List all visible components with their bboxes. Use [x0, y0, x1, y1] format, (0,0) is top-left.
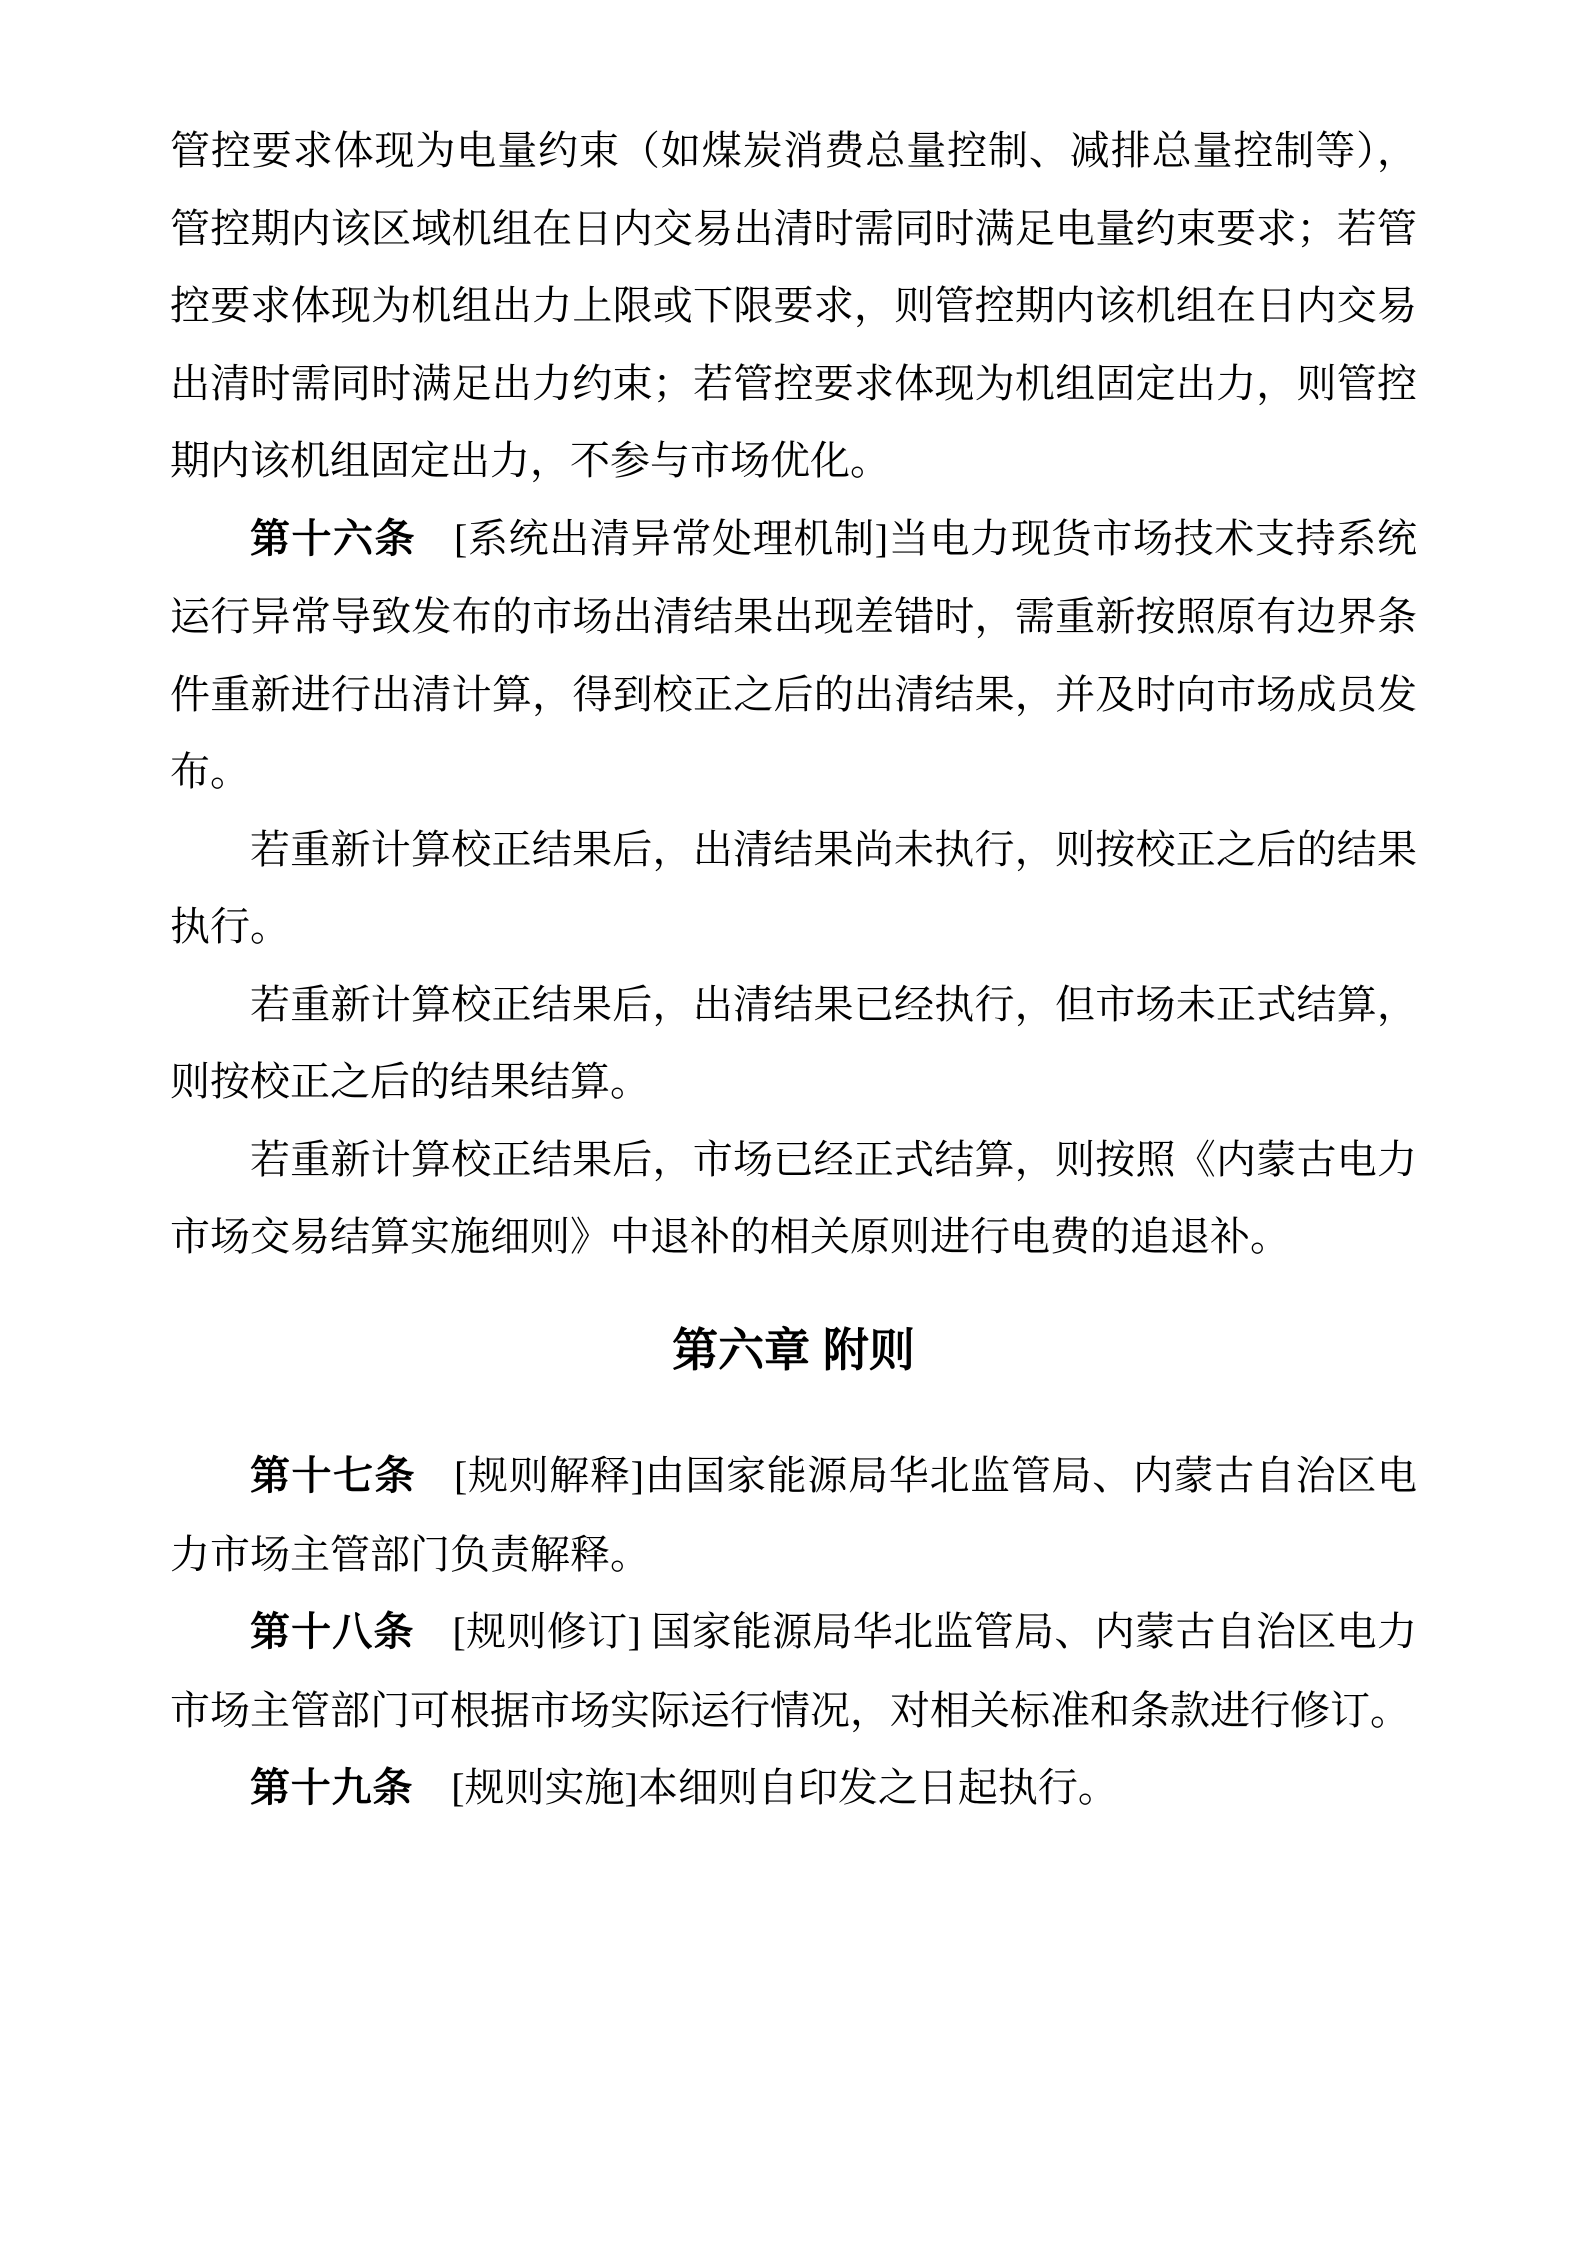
article-number-label: 第十六条	[250, 517, 454, 561]
article-number-label: 第十七条	[250, 1454, 454, 1498]
paragraph: 若重新计算校正结果后，出清结果已经执行，但市场未正式结算，则按校正之后的结果结算…	[170, 966, 1417, 1121]
paragraph: 第十八条[规则修订] 国家能源局华北监管局、内蒙古自治区电力市场主管部门可根据市…	[170, 1593, 1417, 1749]
document-body: 管控要求体现为电量约束（如煤炭消费总量控制、减排总量控制等），管控期内该区域机组…	[0, 0, 1587, 1828]
paragraph: 第十六条[系统出清异常处理机制]当电力现货市场技术支持系统运行异常导致发布的市场…	[170, 500, 1417, 811]
paragraph-text: 若重新计算校正结果后，市场已经正式结算，则按照《内蒙古电力市场交易结算实施细则》…	[170, 1137, 1417, 1260]
paragraph-text: 若重新计算校正结果后，出清结果已经执行，但市场未正式结算，则按校正之后的结果结算…	[170, 982, 1417, 1105]
paragraph: 第十七条[规则解释]由国家能源局华北监管局、内蒙古自治区电力市场主管部门负责解释…	[170, 1437, 1417, 1593]
paragraph: 第十九条[规则实施]本细则自印发之日起执行。	[170, 1749, 1417, 1828]
paragraph-text: 管控要求体现为电量约束（如煤炭消费总量控制、减排总量控制等），管控期内该区域机组…	[170, 128, 1417, 483]
paragraph-text: 若重新计算校正结果后，出清结果尚未执行，则按校正之后的结果执行。	[170, 827, 1417, 950]
paragraph-text: [规则实施]本细则自印发之日起执行。	[451, 1765, 1118, 1810]
article-number-label: 第十八条	[250, 1610, 453, 1654]
paragraph: 若重新计算校正结果后，市场已经正式结算，则按照《内蒙古电力市场交易结算实施细则》…	[170, 1121, 1417, 1276]
chapter-heading: 第六章 附则	[170, 1312, 1417, 1390]
document-page: 管控要求体现为电量约束（如煤炭消费总量控制、减排总量控制等），管控期内该区域机组…	[0, 0, 1587, 2245]
paragraph: 管控要求体现为电量约束（如煤炭消费总量控制、减排总量控制等），管控期内该区域机组…	[170, 112, 1417, 500]
article-number-label: 第十九条	[250, 1766, 451, 1810]
paragraph: 若重新计算校正结果后，出清结果尚未执行，则按校正之后的结果执行。	[170, 811, 1417, 966]
